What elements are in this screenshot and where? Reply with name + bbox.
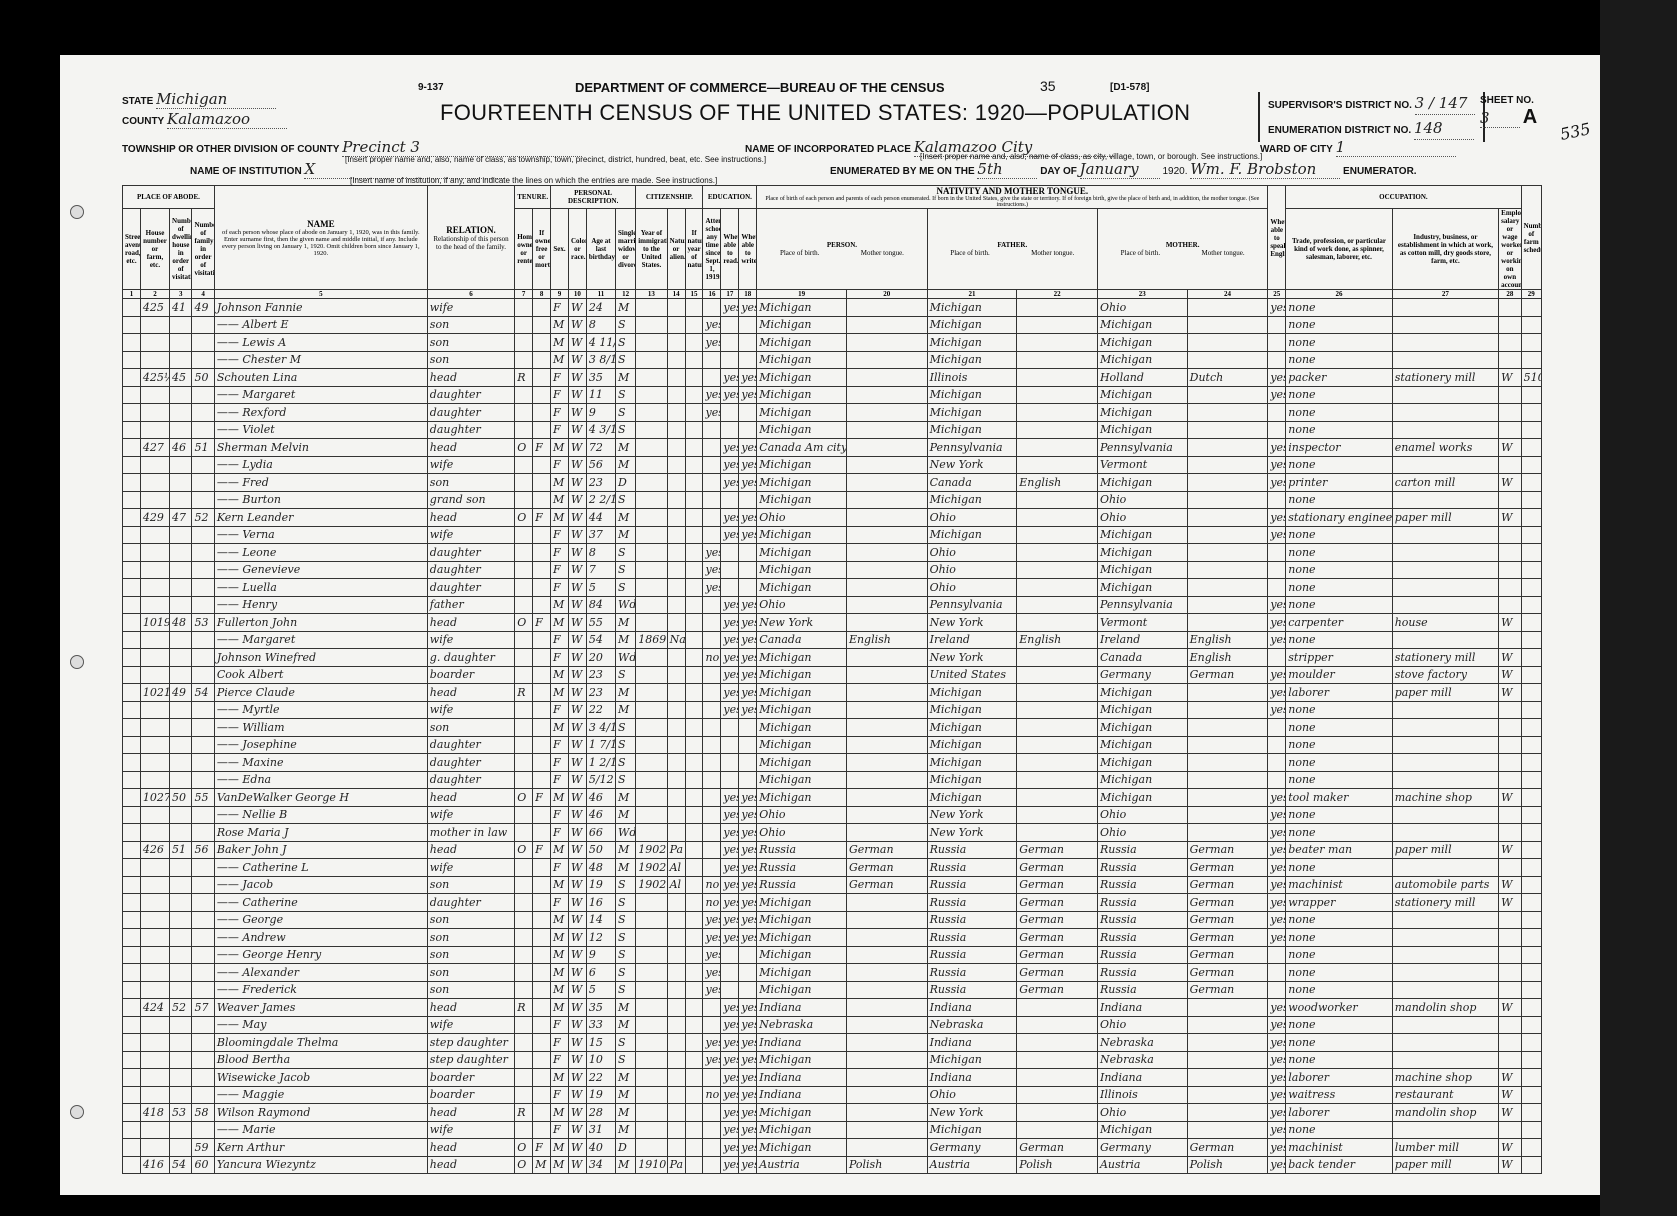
street-cell — [123, 1086, 141, 1104]
cell-mpob: Russia — [1097, 859, 1187, 877]
cell-nat — [667, 1121, 685, 1139]
cell-nat — [667, 456, 685, 474]
cell-eng: yes — [1268, 1069, 1286, 1087]
street-cell — [123, 491, 141, 509]
cell-rd — [721, 316, 739, 334]
cell-emp: W — [1499, 439, 1521, 457]
cell-name: —— Albert E — [214, 316, 427, 334]
cell-emp — [1499, 351, 1521, 369]
cell-ms: D — [616, 1139, 636, 1157]
cell-ms: M — [616, 369, 636, 387]
cell-natyr — [685, 736, 703, 754]
cell-mt — [846, 299, 927, 317]
cell-fpob: Ohio — [927, 579, 1017, 597]
cell-imm — [636, 946, 667, 964]
cell-rel: mother in law — [427, 824, 514, 842]
cell-age: 3 4/12 — [586, 719, 615, 737]
cell-fpob: Michigan — [927, 701, 1017, 719]
street-cell — [123, 789, 141, 807]
cell-rd: yes — [721, 1069, 739, 1087]
cell-fam: 50 — [192, 369, 214, 387]
cell-wr — [739, 771, 757, 789]
cell-dw: 48 — [170, 614, 192, 632]
cell-pob: Michigan — [757, 316, 847, 334]
cell-fmt — [1017, 719, 1098, 737]
cell-ind — [1392, 404, 1498, 422]
cell-fam — [192, 1051, 214, 1069]
cell-trade: none — [1286, 526, 1392, 544]
cell-imm — [636, 439, 667, 457]
cell-ms: S — [616, 946, 636, 964]
cell-fpob: New York — [927, 806, 1017, 824]
cell-nat — [667, 421, 685, 439]
cell-rd: yes — [721, 666, 739, 684]
cell-eng — [1268, 334, 1286, 352]
cell-eng: yes — [1268, 894, 1286, 912]
cell-sex: F — [551, 631, 569, 649]
cell-trade: none — [1286, 386, 1392, 404]
county-field: COUNTY Kalamazoo — [122, 110, 287, 129]
cell-mt — [846, 439, 927, 457]
cell-sex: M — [551, 1139, 569, 1157]
institution-note: [Insert name of institution, if any, and… — [350, 176, 717, 185]
cell-sch — [703, 771, 721, 789]
cell-mt — [846, 1016, 927, 1034]
cell-rd: yes — [721, 701, 739, 719]
cell-mort — [533, 684, 551, 702]
cell-sex: F — [551, 386, 569, 404]
cell-eng: yes — [1268, 386, 1286, 404]
table-row: Johnson Winefredg. daughterFW20Wdnoyesye… — [123, 649, 1542, 667]
cell-ms: S — [616, 351, 636, 369]
cell-rd: yes — [721, 876, 739, 894]
column-number: 7 — [515, 290, 533, 299]
cell-fpob: Michigan — [927, 334, 1017, 352]
cell-sch — [703, 666, 721, 684]
cell-own — [515, 561, 533, 579]
cell-sch: yes — [703, 1051, 721, 1069]
cell-eng: yes — [1268, 684, 1286, 702]
cell-pob: Michigan — [757, 386, 847, 404]
cell-pob: Michigan — [757, 964, 847, 982]
cell-race: W — [568, 474, 586, 492]
cell-mort — [533, 456, 551, 474]
cell-mmt — [1187, 474, 1268, 492]
cell-imm — [636, 1139, 667, 1157]
street-cell — [123, 736, 141, 754]
cell-natyr — [685, 806, 703, 824]
cell-sex: F — [551, 1121, 569, 1139]
cell-emp — [1499, 544, 1521, 562]
cell-eng: yes — [1268, 1051, 1286, 1069]
cell-mpob: Michigan — [1097, 701, 1187, 719]
cell-ind: paper mill — [1392, 1156, 1498, 1174]
table-row: Wisewicke JacobboarderMW22MyesyesIndiana… — [123, 1069, 1542, 1087]
cell-wr: yes — [739, 999, 757, 1017]
cell-mort — [533, 911, 551, 929]
street-cell — [123, 316, 141, 334]
cell-trade: moulder — [1286, 666, 1392, 684]
street-cell — [123, 369, 141, 387]
cell-mpob: Russia — [1097, 841, 1187, 859]
cell-rel: son — [427, 334, 514, 352]
cell-sch — [703, 474, 721, 492]
cell-imm — [636, 579, 667, 597]
cell-mt — [846, 1139, 927, 1157]
state-field: STATE Michigan — [122, 90, 276, 109]
cell-own: R — [515, 369, 533, 387]
cell-own — [515, 981, 533, 999]
cell-house — [140, 404, 169, 422]
cell-fpob: New York — [927, 649, 1017, 667]
cell-trade: none — [1286, 544, 1392, 562]
cell-dw — [170, 754, 192, 772]
cell-rd — [721, 544, 739, 562]
cell-pob: Michigan — [757, 666, 847, 684]
cell-natyr — [685, 1051, 703, 1069]
cell-farm — [1521, 754, 1541, 772]
cell-ms: M — [616, 1086, 636, 1104]
cell-nat — [667, 649, 685, 667]
cell-rd: yes — [721, 649, 739, 667]
cell-farm — [1521, 666, 1541, 684]
cell-fam — [192, 649, 214, 667]
cell-sch — [703, 369, 721, 387]
cell-mmt — [1187, 334, 1268, 352]
table-row: —— Nellie BwifeFW46MyesyesOhioNew YorkOh… — [123, 806, 1542, 824]
cell-wr: yes — [739, 824, 757, 842]
cell-race: W — [568, 491, 586, 509]
cell-dw — [170, 911, 192, 929]
sheet-label: SHEET NO. — [1480, 95, 1537, 106]
cell-wr: yes — [739, 911, 757, 929]
cell-sch — [703, 351, 721, 369]
cell-trade: none — [1286, 299, 1392, 317]
cell-fmt: German — [1017, 894, 1098, 912]
cell-name: —— Margaret — [214, 631, 427, 649]
cell-pob: Michigan — [757, 491, 847, 509]
cell-eng: yes — [1268, 1034, 1286, 1052]
cell-dw — [170, 544, 192, 562]
cell-trade: none — [1286, 404, 1392, 422]
cell-mort — [533, 474, 551, 492]
cell-rel: head — [427, 789, 514, 807]
street-cell — [123, 1156, 141, 1174]
cell-mort — [533, 859, 551, 877]
cell-ms: S — [616, 894, 636, 912]
cell-house: 426 — [140, 841, 169, 859]
cell-nat — [667, 316, 685, 334]
cell-trade: laborer — [1286, 1069, 1392, 1087]
cell-own: O — [515, 841, 533, 859]
cell-mort — [533, 1034, 551, 1052]
cell-sch — [703, 491, 721, 509]
table-row: 10275055VanDeWalker George HheadOFMW46My… — [123, 789, 1542, 807]
cell-mt — [846, 1086, 927, 1104]
cell-trade: none — [1286, 1051, 1392, 1069]
cell-mmt: German — [1187, 666, 1268, 684]
cell-mpob: Michigan — [1097, 526, 1187, 544]
cell-mpob: Ohio — [1097, 1104, 1187, 1122]
cell-ind: mandolin shop — [1392, 999, 1498, 1017]
cell-ms: S — [616, 544, 636, 562]
cell-fam — [192, 351, 214, 369]
cell-own — [515, 404, 533, 422]
cell-mt — [846, 369, 927, 387]
header-mortgaged: If owned, free or mortgaged. — [533, 209, 551, 290]
cell-ind — [1392, 701, 1498, 719]
cell-pob: Michigan — [757, 911, 847, 929]
cell-ms: S — [616, 736, 636, 754]
cell-name: VanDeWalker George H — [214, 789, 427, 807]
cell-rel: daughter — [427, 894, 514, 912]
cell-rel: head — [427, 369, 514, 387]
cell-rel: daughter — [427, 421, 514, 439]
cell-house: 425 — [140, 299, 169, 317]
cell-natyr — [685, 456, 703, 474]
cell-own: O — [515, 439, 533, 457]
cell-race: W — [568, 579, 586, 597]
cell-mmt — [1187, 596, 1268, 614]
cell-fam — [192, 981, 214, 999]
cell-trade: stationary engineer — [1286, 509, 1392, 527]
cell-rel: daughter — [427, 404, 514, 422]
cell-pob: Michigan — [757, 1139, 847, 1157]
cell-fmt — [1017, 701, 1098, 719]
cell-age: 31 — [586, 1121, 615, 1139]
cell-mpob: Michigan — [1097, 351, 1187, 369]
cell-natyr — [685, 666, 703, 684]
cell-own — [515, 911, 533, 929]
cell-nat — [667, 666, 685, 684]
cell-mort — [533, 929, 551, 947]
cell-fpob: Russia — [927, 859, 1017, 877]
cell-fam — [192, 631, 214, 649]
cell-mort — [533, 649, 551, 667]
cell-race: W — [568, 806, 586, 824]
cell-imm — [636, 334, 667, 352]
cell-rd — [721, 719, 739, 737]
cell-age: 84 — [586, 596, 615, 614]
cell-emp — [1499, 1121, 1521, 1139]
column-number: 5 — [214, 290, 427, 299]
cell-trade: none — [1286, 491, 1392, 509]
cell-race: W — [568, 841, 586, 859]
cell-own — [515, 1086, 533, 1104]
cell-natyr — [685, 946, 703, 964]
cell-ind — [1392, 911, 1498, 929]
cell-nat — [667, 351, 685, 369]
cell-dw — [170, 981, 192, 999]
cell-sex: M — [551, 1069, 569, 1087]
cell-race: W — [568, 351, 586, 369]
cell-natyr — [685, 404, 703, 422]
year-value: 1920. — [1162, 166, 1187, 177]
cell-rel: head — [427, 1139, 514, 1157]
cell-age: 4 3/12 — [586, 421, 615, 439]
column-number: 9 — [551, 290, 569, 299]
cell-trade: packer — [1286, 369, 1392, 387]
cell-nat — [667, 1069, 685, 1087]
cell-ms: M — [616, 1016, 636, 1034]
cell-fpob: New York — [927, 614, 1017, 632]
table-row: 59Kern ArthurheadOFMW40DyesyesMichiganGe… — [123, 1139, 1542, 1157]
cell-sex: F — [551, 369, 569, 387]
cell-natyr — [685, 981, 703, 999]
cell-age: 5 — [586, 579, 615, 597]
cell-rel: head — [427, 439, 514, 457]
cell-rel: boarder — [427, 666, 514, 684]
cell-fam — [192, 911, 214, 929]
cell-age: 56 — [586, 456, 615, 474]
cell-sex: F — [551, 1051, 569, 1069]
cell-emp — [1499, 316, 1521, 334]
cell-natyr — [685, 894, 703, 912]
cell-own — [515, 526, 533, 544]
cell-race: W — [568, 911, 586, 929]
cell-pob: Ohio — [757, 806, 847, 824]
cell-eng: yes — [1268, 666, 1286, 684]
cell-trade: none — [1286, 596, 1392, 614]
table-row: —— Burtongrand sonMW2 2/12SMichiganMichi… — [123, 491, 1542, 509]
cell-dw — [170, 579, 192, 597]
cell-age: 5/12 — [586, 771, 615, 789]
cell-fpob: Ohio — [927, 1086, 1017, 1104]
cell-own: R — [515, 684, 533, 702]
cell-pob: Michigan — [757, 369, 847, 387]
street-cell — [123, 544, 141, 562]
cell-sch: yes — [703, 561, 721, 579]
street-cell — [123, 631, 141, 649]
cell-ms: M — [616, 526, 636, 544]
column-number: 14 — [667, 290, 685, 299]
cell-emp — [1499, 1051, 1521, 1069]
cell-race: W — [568, 1104, 586, 1122]
cell-natyr — [685, 561, 703, 579]
cell-mort — [533, 491, 551, 509]
cell-ind: paper mill — [1392, 684, 1498, 702]
cell-farm — [1521, 981, 1541, 999]
cell-race: W — [568, 649, 586, 667]
cell-fpob: Ohio — [927, 544, 1017, 562]
cell-fpob: United States — [927, 666, 1017, 684]
cell-farm — [1521, 964, 1541, 982]
cell-mt — [846, 736, 927, 754]
cell-race: W — [568, 929, 586, 947]
cell-fam — [192, 701, 214, 719]
cell-name: Weaver James — [214, 999, 427, 1017]
cell-sex: F — [551, 649, 569, 667]
cell-sex: F — [551, 1016, 569, 1034]
cell-emp: W — [1499, 1139, 1521, 1157]
cell-ms: S — [616, 316, 636, 334]
cell-race: W — [568, 509, 586, 527]
cell-mpob: Michigan — [1097, 771, 1187, 789]
cell-fmt — [1017, 386, 1098, 404]
cell-ind: house — [1392, 614, 1498, 632]
cell-dw: 52 — [170, 999, 192, 1017]
cell-pob: Michigan — [757, 736, 847, 754]
cell-sch — [703, 299, 721, 317]
street-cell — [123, 666, 141, 684]
cell-fmt — [1017, 1016, 1098, 1034]
cell-wr: yes — [739, 369, 757, 387]
cell-imm — [636, 386, 667, 404]
cell-house — [140, 771, 169, 789]
cell-pob: Michigan — [757, 789, 847, 807]
cell-rd — [721, 736, 739, 754]
enumerator-value: Wm. F. Brobston — [1190, 160, 1340, 179]
street-cell — [123, 754, 141, 772]
cell-rel: son — [427, 316, 514, 334]
cell-emp: W — [1499, 649, 1521, 667]
cell-ms: M — [616, 299, 636, 317]
cell-race: W — [568, 386, 586, 404]
cell-pob: New York — [757, 614, 847, 632]
cell-age: 23 — [586, 684, 615, 702]
cell-dw: 53 — [170, 1104, 192, 1122]
enumerated-label: ENUMERATED BY ME ON THE — [830, 166, 975, 177]
table-row: —— FredsonMW23DyesyesMichiganCanadaEngli… — [123, 474, 1542, 492]
cell-trade: none — [1286, 736, 1392, 754]
cell-farm — [1521, 894, 1541, 912]
cell-mt — [846, 316, 927, 334]
cell-nat — [667, 369, 685, 387]
cell-age: 1 7/12 — [586, 736, 615, 754]
cell-mpob: Michigan — [1097, 789, 1187, 807]
cell-mt — [846, 491, 927, 509]
cell-rd: yes — [721, 299, 739, 317]
header-read: Whether able to read. — [721, 209, 739, 290]
column-number: 24 — [1187, 290, 1268, 299]
cell-sex: F — [551, 771, 569, 789]
cell-house — [140, 561, 169, 579]
cell-ms: S — [616, 579, 636, 597]
header-school: Attended school any time since Sept. 1, … — [703, 209, 721, 290]
cell-sex: M — [551, 876, 569, 894]
cell-house: 1021 — [140, 684, 169, 702]
cell-fmt — [1017, 754, 1098, 772]
cell-rel: son — [427, 351, 514, 369]
cell-mmt — [1187, 404, 1268, 422]
cell-sch — [703, 754, 721, 772]
cell-ms: M — [616, 1156, 636, 1174]
table-row: —— LeonedaughterFW8SyesMichiganOhioMichi… — [123, 544, 1542, 562]
cell-age: 35 — [586, 999, 615, 1017]
cell-trade: none — [1286, 334, 1392, 352]
cell-dw — [170, 334, 192, 352]
cell-wr: yes — [739, 684, 757, 702]
cell-ms: M — [616, 789, 636, 807]
cell-own — [515, 806, 533, 824]
cell-pob: Michigan — [757, 649, 847, 667]
cell-rel: wife — [427, 526, 514, 544]
cell-fam: 49 — [192, 299, 214, 317]
cell-name: —— Edna — [214, 771, 427, 789]
street-cell — [123, 841, 141, 859]
street-cell — [123, 1121, 141, 1139]
cell-fam — [192, 1086, 214, 1104]
header-naturalized: Naturalized or alien. — [667, 209, 685, 290]
cell-mort — [533, 526, 551, 544]
cell-fpob: Michigan — [927, 316, 1017, 334]
cell-eng: yes — [1268, 614, 1286, 632]
cell-ind: enamel works — [1392, 439, 1498, 457]
cell-own — [515, 964, 533, 982]
cell-nat: Pa — [667, 1156, 685, 1174]
cell-dw — [170, 929, 192, 947]
cell-mort — [533, 596, 551, 614]
